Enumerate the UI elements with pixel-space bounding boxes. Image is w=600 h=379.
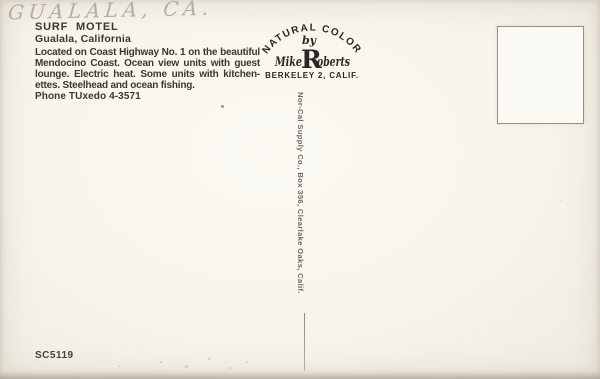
motel-phone: Phone TUxedo 4-3571 <box>35 91 141 102</box>
logo-address: BERKELEY 2, CALIF. <box>265 71 359 80</box>
motel-location: Gualala, California <box>35 33 131 45</box>
description-line: Located on Coast Highway No. 1 on the be… <box>35 47 260 58</box>
motel-title: SURF MOTEL <box>35 21 119 33</box>
description-line: lounge. Electric heat. Some units with k… <box>35 69 260 80</box>
motel-description: Located on Coast Highway No. 1 on the be… <box>35 47 260 91</box>
paper-speck <box>160 361 162 363</box>
description-line: ettes. Steelhead and ocean fishing. <box>35 80 260 91</box>
stamp-box <box>497 26 584 124</box>
paper-speck <box>221 105 224 108</box>
paper-speck <box>246 361 248 363</box>
postcard-back: GUALALA, CA. SURF MOTEL Gualala, Califor… <box>0 0 600 379</box>
logo-name-prefix: Mike <box>274 55 302 70</box>
center-divider-line <box>304 313 305 371</box>
natural-color-mike-roberts-logo: NATURAL COLOR by Mike R oberts BERKELEY … <box>256 8 368 82</box>
description-line: Mendocino Coast. Ocean view units with g… <box>35 58 260 69</box>
paper-speck <box>185 365 188 368</box>
paper-speck <box>208 358 210 360</box>
logo-name-suffix: oberts <box>317 55 350 70</box>
paper-speck <box>560 200 562 202</box>
publisher-credit: Nor-Cal Supply Co., Box 356, Clearlake O… <box>296 92 305 294</box>
paper-speck <box>229 367 231 369</box>
paper-speck <box>118 365 120 367</box>
serial-number: SC5119 <box>35 350 74 361</box>
